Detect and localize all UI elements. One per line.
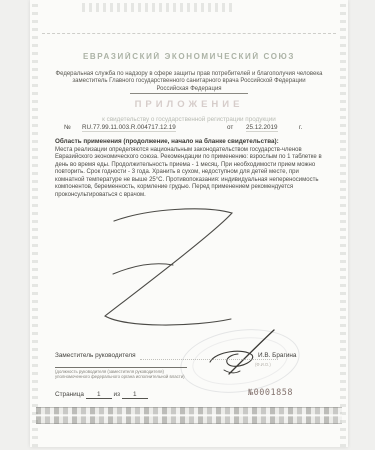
right-guilloche-border [340,0,346,447]
date-preposition: от [227,124,233,131]
registration-number-row: № RU.77.99.11.003.R.004717.12.19 от 25.1… [30,124,348,134]
signer-position-caption: (должность руководителя (заместителя рук… [55,367,187,379]
signer-name: И.В. Брагина [258,352,296,359]
page-total: 1 [122,391,148,399]
issuing-authority-block: Федеральная служба по надзору в сфере за… [30,71,348,94]
number-sign: № [64,124,71,131]
signature-dotted-line [140,359,278,360]
signer-name-caption: (Ф.И.О.) [255,362,271,367]
document-type-title: ПРИЛОЖЕНИЕ [30,99,348,110]
handwritten-z-void-mark [92,200,274,332]
of-label: из [114,391,121,398]
certificate-sheet: ЕВРАЗИЙСКИЙ ЭКОНОМИЧЕСКИЙ СОЮЗ Федеральн… [30,0,348,447]
page-counter: Страница 1 из 1 [55,391,148,399]
year-abbreviation: г. [299,124,302,131]
registration-date: 25.12.2019 [246,124,278,132]
page-label: Страница [55,391,84,398]
official-signature [202,326,307,376]
document-subtitle: к свидетельству о государственной регист… [30,116,348,123]
left-guilloche-border [32,0,38,447]
top-dashed-rule [42,33,336,34]
top-guilloche-border [82,3,232,12]
signer-position: Заместитель руководителя [55,352,136,359]
bottom-guilloche-band [36,407,342,424]
page-current: 1 [86,391,112,399]
application-area-heading: Область применения (продолжение, начало … [55,138,327,145]
authority-line-3: Российская Федерация [30,86,348,94]
eaeu-title: ЕВРАЗИЙСКИЙ ЭКОНОМИЧЕСКИЙ СОЮЗ [30,52,348,61]
authority-line-2: заместитель Главного государственного са… [30,78,348,85]
registration-number: RU.77.99.11.003.R.004717.12.19 [82,124,176,132]
blank-form-number: №0001858 [248,388,293,398]
scanned-certificate-page: ЕВРАЗИЙСКИЙ ЭКОНОМИЧЕСКИЙ СОЮЗ Федеральн… [0,0,375,450]
application-area-text: Места реализации определяются национальн… [55,147,327,199]
authority-country: Российская Федерация [130,86,247,94]
